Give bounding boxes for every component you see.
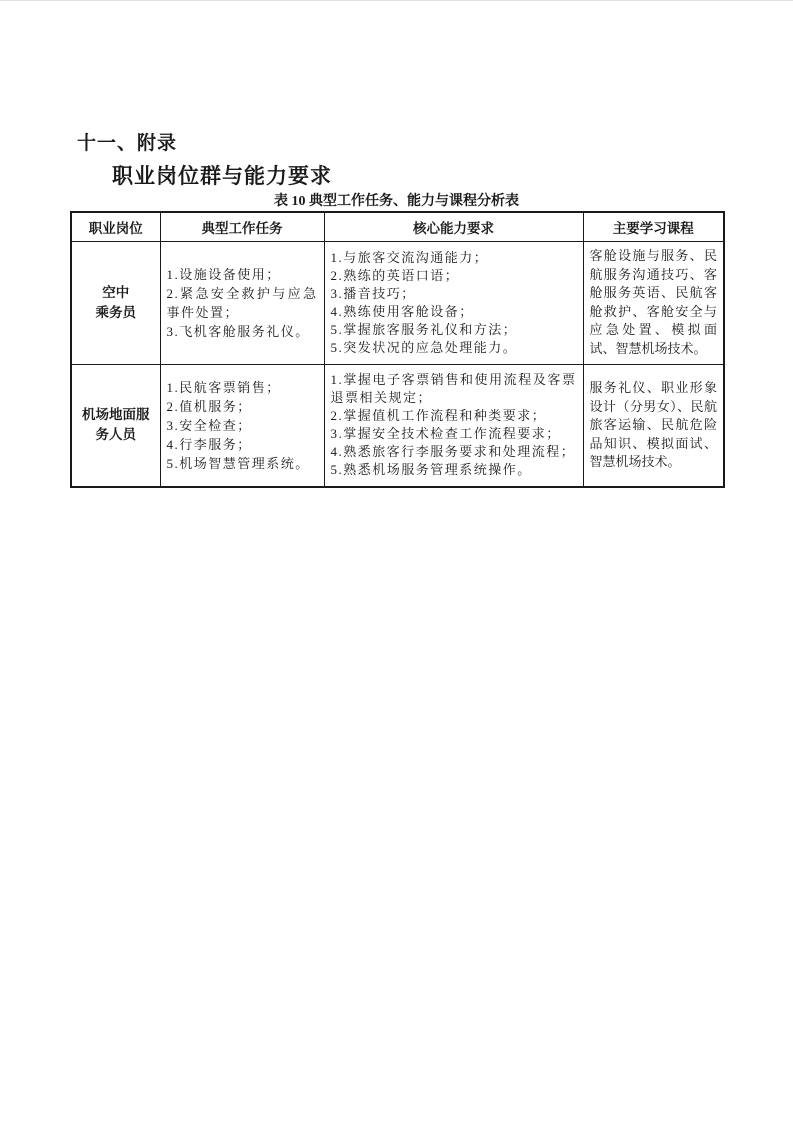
task-item: 3.安全检查； bbox=[167, 416, 318, 435]
ability-cell: 1.掌握电子客票销售和使用流程及客票退票相关规定； 2.掌握值机工作流程和种类要… bbox=[324, 364, 583, 487]
table-row: 机场地面服 务人员 1.民航客票销售； 2.值机服务； 3.安全检查； 4.行李… bbox=[71, 364, 724, 487]
tasks-cell: 1.设施设备使用； 2.紧急安全救护与应急事件处置； 3.飞机客舱服务礼仪。 bbox=[160, 241, 324, 364]
document-page: 十一、附录 职业岗位群与能力要求 表 10 典型工作任务、能力与课程分析表 职业… bbox=[0, 0, 793, 1122]
ability-item: 1.掌握电子客票销售和使用流程及客票退票相关规定； bbox=[331, 371, 577, 407]
header-cell-tasks: 典型工作任务 bbox=[160, 212, 324, 241]
ability-item: 2.掌握值机工作流程和种类要求； bbox=[331, 407, 577, 425]
position-cell: 空中 乘务员 bbox=[71, 241, 160, 364]
ability-cell: 1.与旅客交流沟通能力； 2.熟练的英语口语； 3.播音技巧； 4.熟练使用客舱… bbox=[324, 241, 583, 364]
position-name-line: 机场地面服 bbox=[82, 407, 150, 422]
ability-item: 1.与旅客交流沟通能力； bbox=[331, 249, 577, 267]
position-name-line: 空中 bbox=[102, 285, 129, 300]
courses-cell: 客舱设施与服务、民航服务沟通技巧、客舱服务英语、民航客舱救护、客舱安全与应急处置… bbox=[583, 241, 724, 364]
course-text: 客舱设施与服务、民航服务沟通技巧、客舱服务英语、民航客舱救护、客舱安全与应急处置… bbox=[590, 247, 718, 358]
tasks-cell: 1.民航客票销售； 2.值机服务； 3.安全检查； 4.行李服务； 5.机场智慧… bbox=[160, 364, 324, 487]
task-item: 3.飞机客舱服务礼仪。 bbox=[167, 322, 318, 341]
task-item: 1.民航客票销售； bbox=[167, 378, 318, 397]
position-name-line: 务人员 bbox=[96, 427, 137, 442]
ability-item: 3.播音技巧； bbox=[331, 285, 577, 303]
course-text: 服务礼仪、职业形象设计（分男女）、民航旅客运输、民航危险品知识、模拟面试、智慧机… bbox=[590, 379, 718, 472]
ability-item: 4.熟练使用客舱设备； bbox=[331, 303, 577, 321]
header-row: 职业岗位 典型工作任务 核心能力要求 主要学习课程 bbox=[71, 212, 724, 241]
ability-item: 5.熟悉机场服务管理系统操作。 bbox=[331, 461, 577, 479]
ability-item: 3.掌握安全技术检查工作流程要求； bbox=[331, 425, 577, 443]
task-item: 4.行李服务； bbox=[167, 435, 318, 454]
table-row: 空中 乘务员 1.设施设备使用； 2.紧急安全救护与应急事件处置； 3.飞机客舱… bbox=[71, 241, 724, 364]
ability-item: 5.突发状况的应急处理能力。 bbox=[331, 339, 577, 357]
ability-item: 5.掌握旅客服务礼仪和方法； bbox=[331, 321, 577, 339]
header-cell-position: 职业岗位 bbox=[71, 212, 160, 241]
task-item: 2.紧急安全救护与应急事件处置； bbox=[167, 284, 318, 322]
analysis-table: 职业岗位 典型工作任务 核心能力要求 主要学习课程 空中 乘务员 1.设施设备使… bbox=[70, 211, 725, 488]
task-item: 5.机场智慧管理系统。 bbox=[167, 454, 318, 473]
subsection-heading: 职业岗位群与能力要求 bbox=[112, 163, 332, 190]
ability-item: 4.熟悉旅客行李服务要求和处理流程； bbox=[331, 443, 577, 461]
position-cell: 机场地面服 务人员 bbox=[71, 364, 160, 487]
header-cell-ability: 核心能力要求 bbox=[324, 212, 583, 241]
section-heading: 十一、附录 bbox=[77, 131, 177, 156]
task-item: 1.设施设备使用； bbox=[167, 265, 318, 284]
courses-cell: 服务礼仪、职业形象设计（分男女）、民航旅客运输、民航危险品知识、模拟面试、智慧机… bbox=[583, 364, 724, 487]
position-name-line: 乘务员 bbox=[96, 305, 137, 320]
header-cell-courses: 主要学习课程 bbox=[583, 212, 724, 241]
table-caption: 表 10 典型工作任务、能力与课程分析表 bbox=[70, 193, 723, 210]
task-item: 2.值机服务； bbox=[167, 397, 318, 416]
ability-item: 2.熟练的英语口语； bbox=[331, 267, 577, 285]
